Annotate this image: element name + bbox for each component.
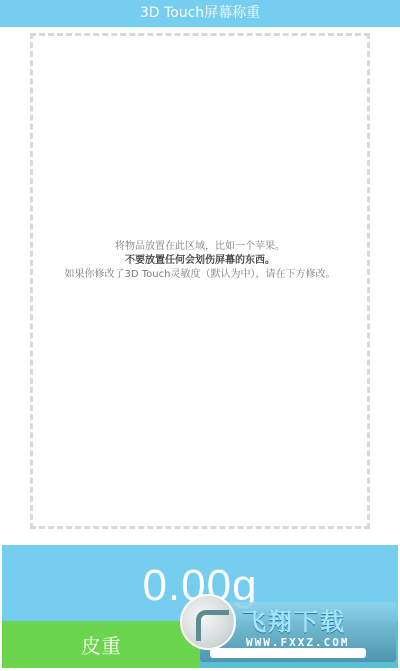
weight-display-panel: 0.00g	[2, 545, 398, 621]
weighing-drop-zone[interactable]: 将物品放置在此区域，比如一个苹果。 不要放置任何会划伤屏幕的东西。 如果你修改了…	[30, 33, 370, 529]
app-root: 3D Touch屏幕称重 将物品放置在此区域，比如一个苹果。 不要放置任何会划伤…	[0, 0, 400, 671]
sensitivity-button[interactable]	[200, 621, 398, 668]
instruction-place-item: 将物品放置在此区域，比如一个苹果。	[115, 240, 285, 254]
tare-button-label: 皮重	[81, 630, 121, 659]
button-row: 皮重	[2, 621, 398, 668]
tare-button[interactable]: 皮重	[2, 621, 200, 668]
weight-value: 0.00g	[142, 561, 257, 611]
page-title: 3D Touch屏幕称重	[140, 5, 260, 21]
title-bar: 3D Touch屏幕称重	[0, 0, 400, 27]
instruction-sensitivity: 如果你修改了3D Touch灵敏度（默认为中），请在下方修改。	[65, 268, 336, 282]
instruction-warning: 不要放置任何会划伤屏幕的东西。	[125, 254, 275, 268]
